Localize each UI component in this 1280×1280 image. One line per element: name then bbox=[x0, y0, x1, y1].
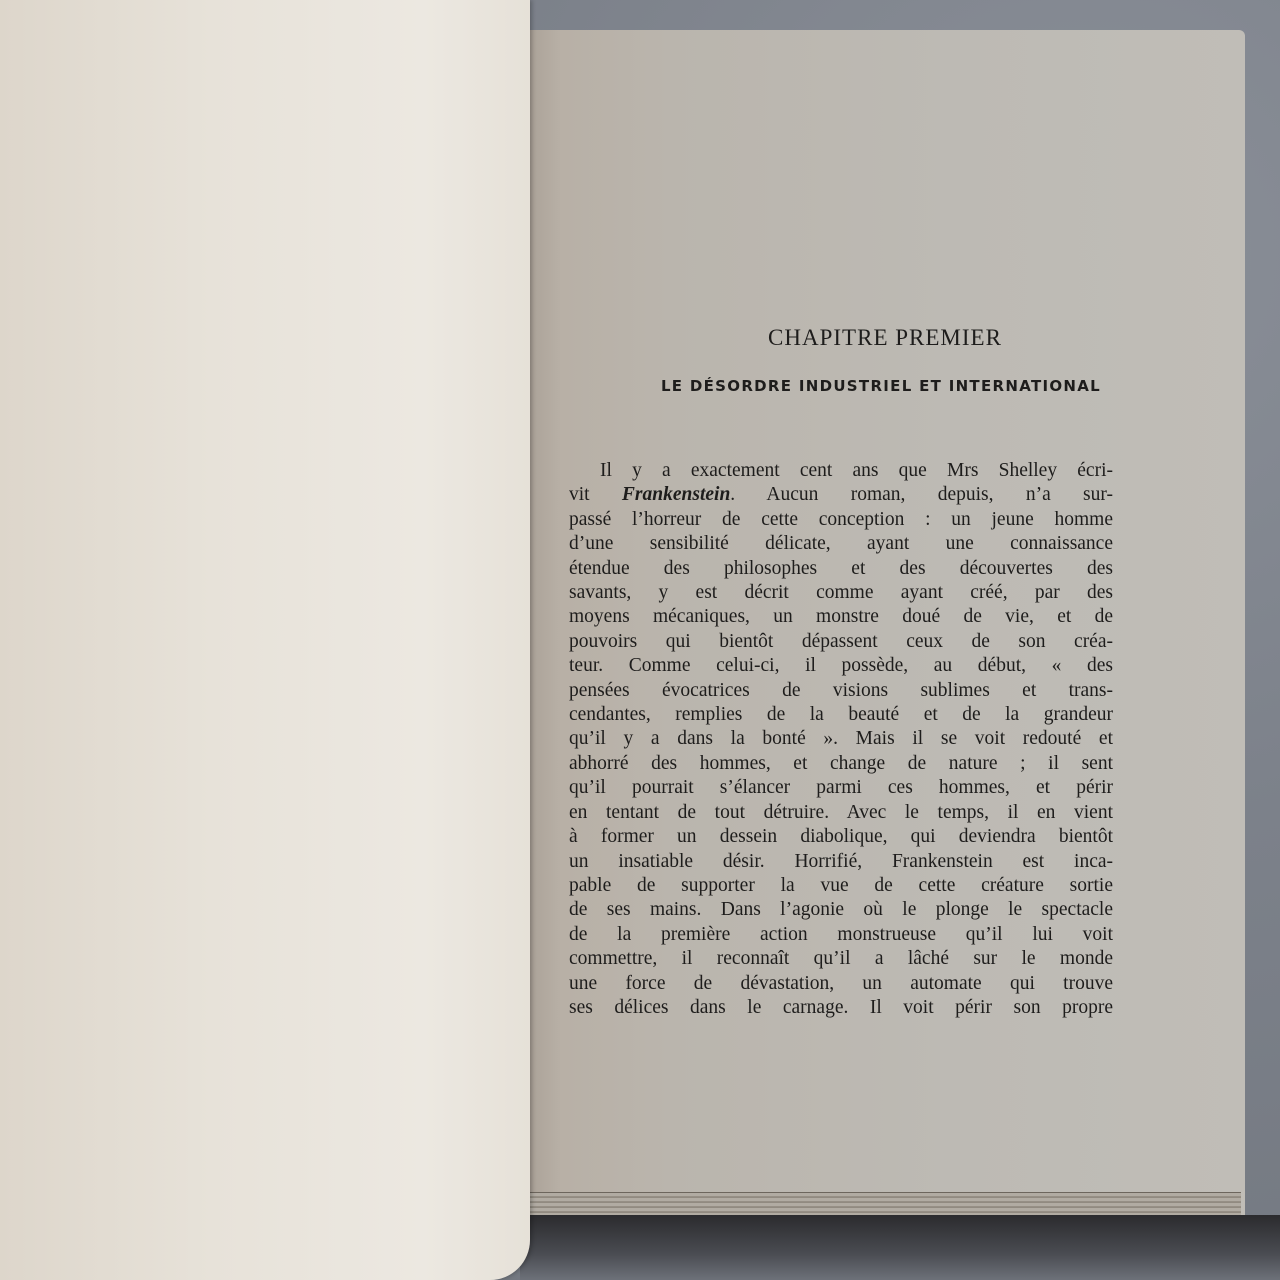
text-line: cendantes, remplies de la beauté et de l… bbox=[569, 703, 1113, 727]
right-page: CHAPITRE PREMIER LE DÉSORDRE INDUSTRIEL … bbox=[525, 30, 1245, 1215]
chapter-title: CHAPITRE PREMIER bbox=[569, 325, 1115, 351]
text-line: moyens mécaniques, un monstre doué de vi… bbox=[569, 605, 1113, 629]
text-line: teur. Comme celui-ci, il possède, au déb… bbox=[569, 654, 1113, 678]
text-line: pensées évocatrices de visions sublimes … bbox=[569, 679, 1113, 703]
page-text-block: CHAPITRE PREMIER LE DÉSORDRE INDUSTRIEL … bbox=[569, 325, 1113, 1020]
chapter-subtitle: LE DÉSORDRE INDUSTRIEL ET INTERNATIONAL bbox=[569, 377, 1161, 395]
text-line: abhorré des hommes, et change de nature … bbox=[569, 752, 1113, 776]
text-line: étendue des philosophes et des découvert… bbox=[569, 557, 1113, 581]
text-line: ses délices dans le carnage. Il voit pér… bbox=[569, 996, 1113, 1020]
text-fragment: . Aucun roman, depuis, n’a sur- bbox=[730, 484, 1113, 505]
text-line: Il y a exactement cent ans que Mrs Shell… bbox=[569, 459, 1113, 483]
text-line: une force de dévastation, un automate qu… bbox=[569, 972, 1113, 996]
left-page-blank bbox=[0, 0, 530, 1280]
book-title-italic: Frankenstein bbox=[622, 484, 730, 505]
book-shadow bbox=[520, 1215, 1280, 1280]
text-line: pable de supporter la vue de cette créat… bbox=[569, 874, 1113, 898]
text-line: qu’il pourrait s’élancer parmi ces homme… bbox=[569, 776, 1113, 800]
text-line: en tentant de tout détruire. Avec le tem… bbox=[569, 801, 1113, 825]
text-line: qu’il y a dans la bonté ». Mais il se vo… bbox=[569, 727, 1113, 751]
text-fragment: vit bbox=[569, 484, 590, 505]
body-paragraph: Il y a exactement cent ans que Mrs Shell… bbox=[569, 459, 1113, 1020]
text-line: d’une sensibilité délicate, ayant une co… bbox=[569, 532, 1113, 556]
text-line: à former un dessein diabolique, qui devi… bbox=[569, 825, 1113, 849]
text-line: passé l’horreur de cette conception : un… bbox=[569, 508, 1113, 532]
page-edges bbox=[525, 1192, 1241, 1215]
text-line: savants, y est décrit comme ayant créé, … bbox=[569, 581, 1113, 605]
text-line: de ses mains. Dans l’agonie où le plonge… bbox=[569, 898, 1113, 922]
text-line: pouvoirs qui bientôt dépassent ceux de s… bbox=[569, 630, 1113, 654]
text-line: un insatiable désir. Horrifié, Frankenst… bbox=[569, 850, 1113, 874]
text-line: commettre, il reconnaît qu’il a lâché su… bbox=[569, 947, 1113, 971]
text-line: de la première action monstrueuse qu’il … bbox=[569, 923, 1113, 947]
text-line: vit Frankenstein. Aucun roman, depuis, n… bbox=[569, 483, 1113, 507]
